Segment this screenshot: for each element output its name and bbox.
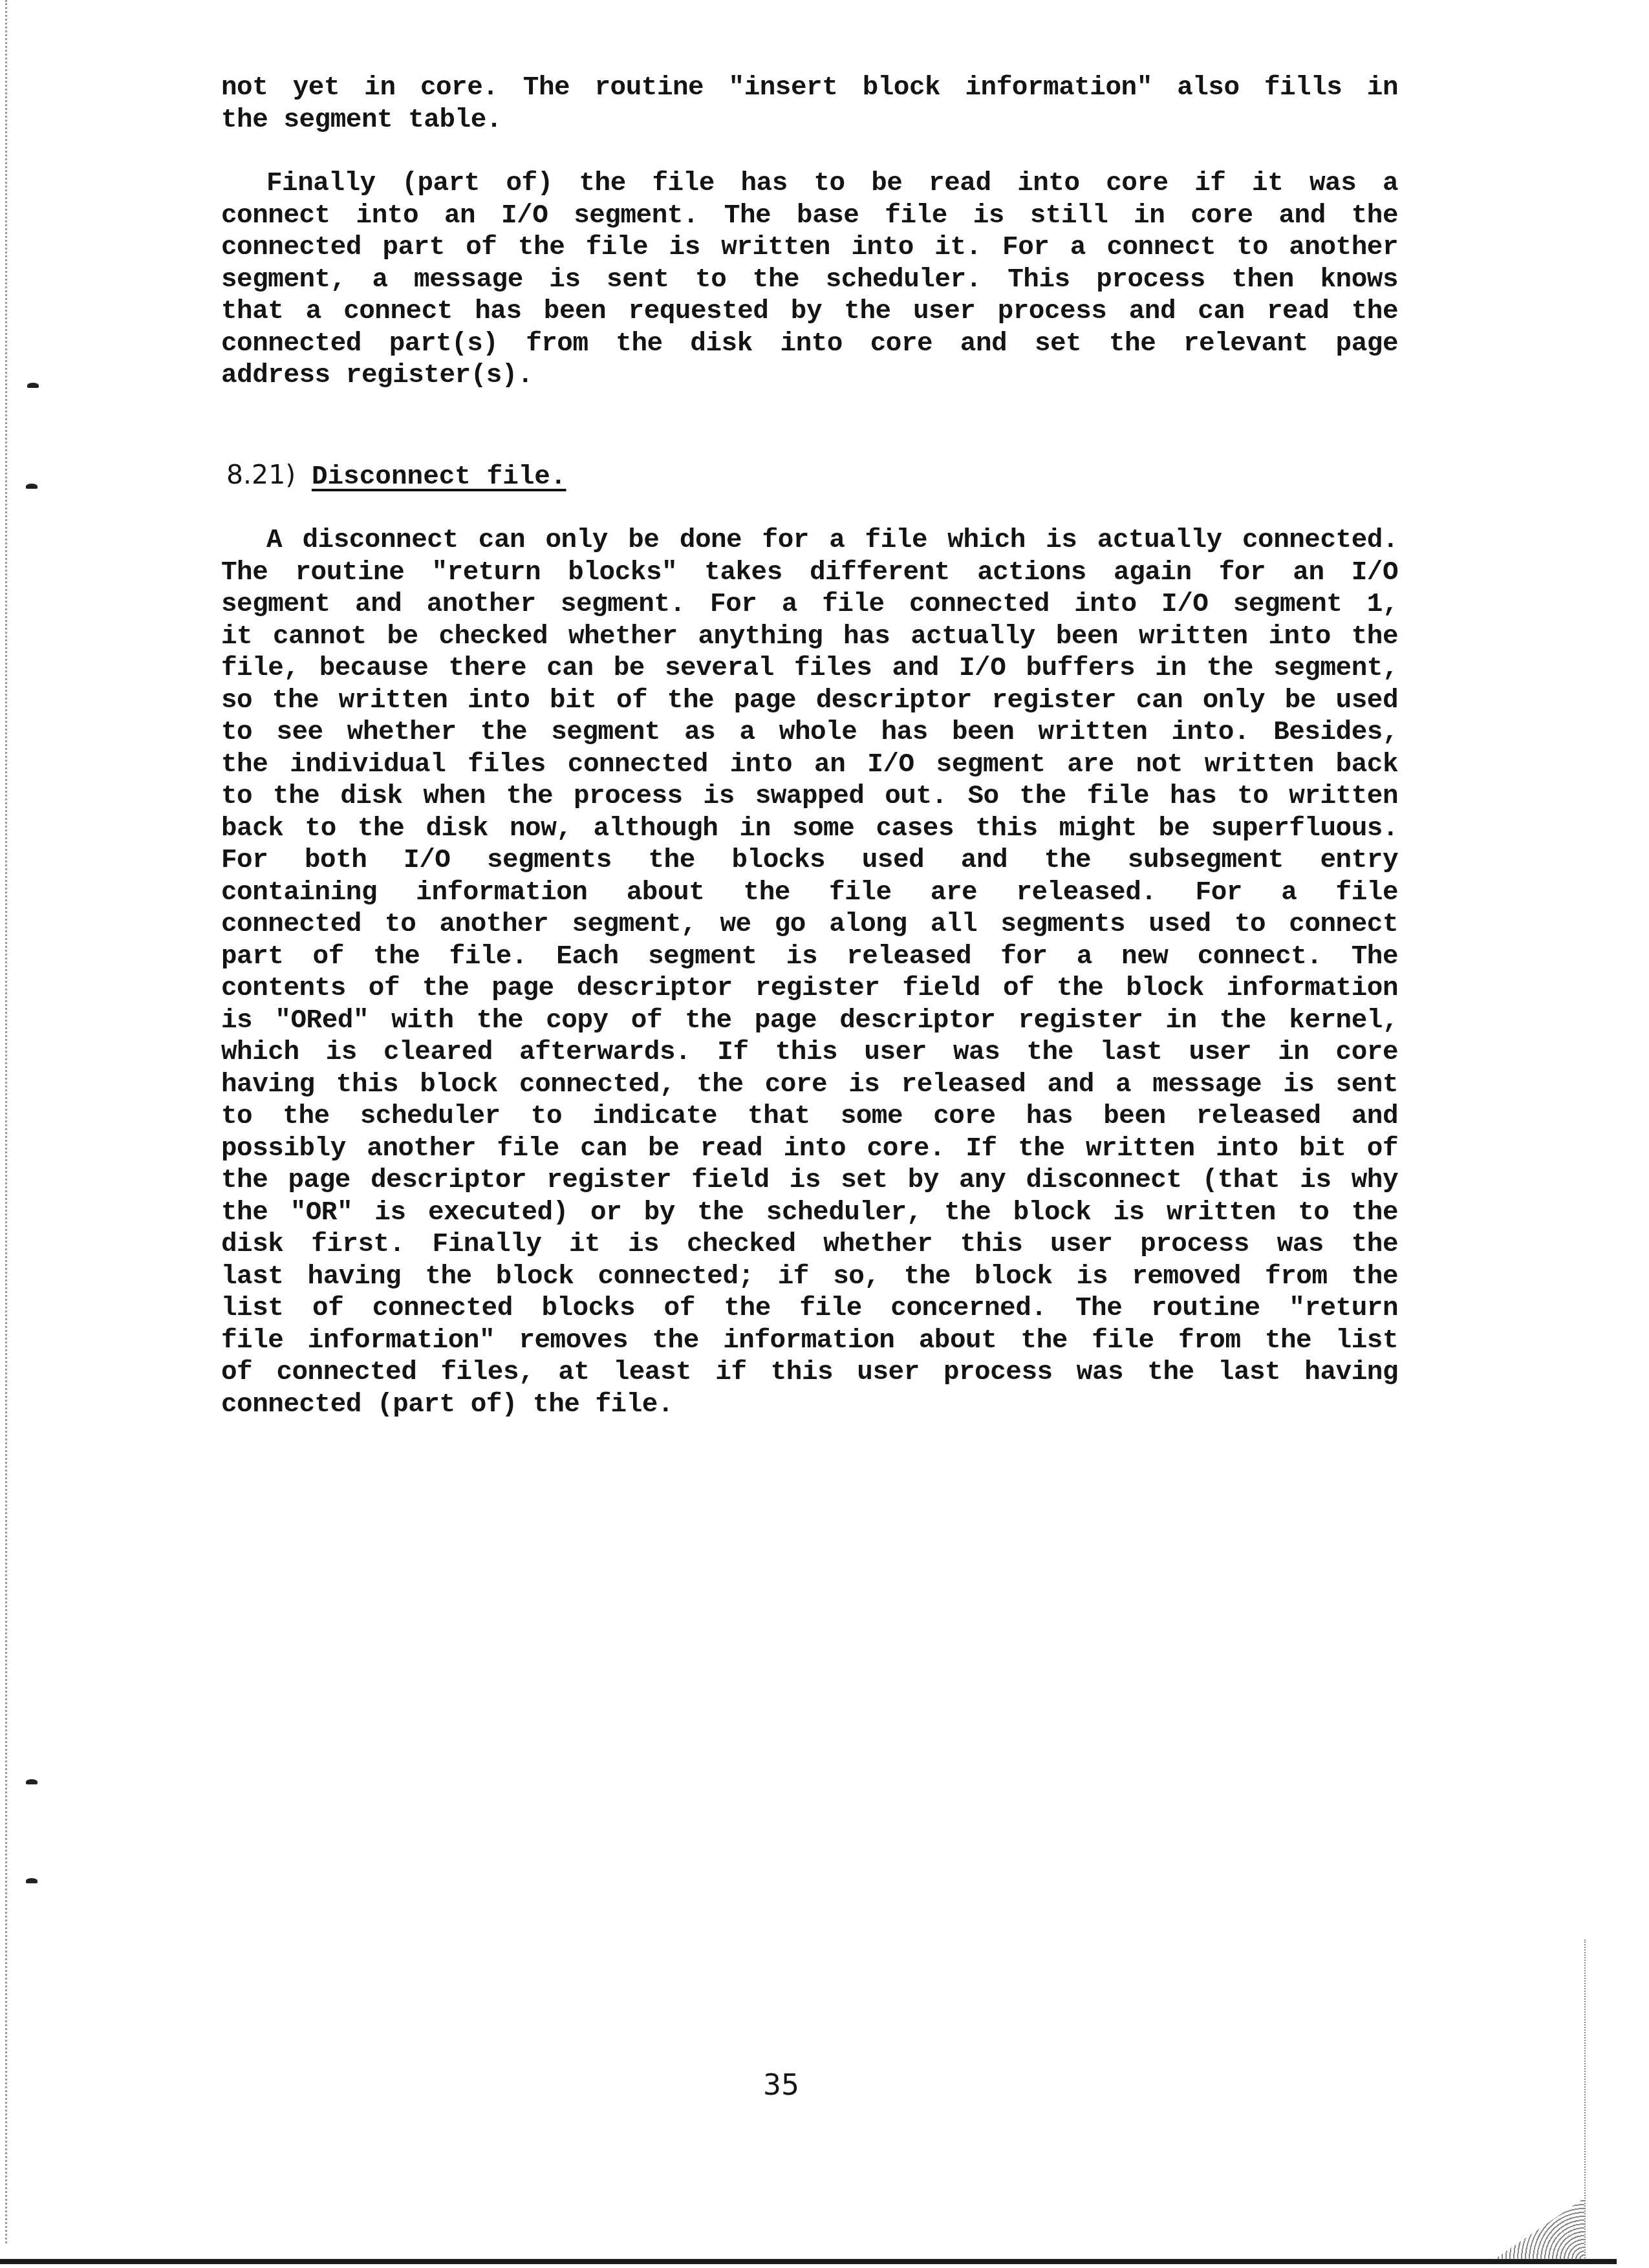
text-line: it cannot be checked whether anything ha… xyxy=(221,621,1398,654)
text-line: disk first. Finally it is checked whethe… xyxy=(221,1229,1398,1261)
text-line: not yet in core. The routine "insert blo… xyxy=(221,72,1398,105)
text-line: containing information about the file ar… xyxy=(221,877,1398,910)
text-line: segment, a message is sent to the schedu… xyxy=(221,264,1398,297)
text-line: segment and another segment. For a file … xyxy=(221,589,1398,621)
binder-hole-mark xyxy=(26,1779,38,1784)
text-line: file information" removes the informatio… xyxy=(221,1325,1398,1358)
text-line: the "OR" is executed) or by the schedule… xyxy=(221,1197,1398,1230)
text-line: connected (part of) the file. xyxy=(221,1389,1398,1422)
text-line: address register(s). xyxy=(221,360,1398,392)
text-line: part of the file. Each segment is releas… xyxy=(221,941,1398,974)
text-line: to the disk when the process is swapped … xyxy=(221,781,1398,813)
paragraph-connect-io: Finally (part of) the file has to be rea… xyxy=(221,168,1398,392)
paragraph-disconnect: A disconnect can only be done for a file… xyxy=(221,525,1398,1421)
document-page: not yet in core. The routine "insert blo… xyxy=(0,0,1649,2268)
text-line: The routine "return blocks" takes differ… xyxy=(221,557,1398,590)
text-line: A disconnect can only be done for a file… xyxy=(221,525,1398,557)
text-line: which is cleared afterwards. If this use… xyxy=(221,1037,1398,1069)
text-line: the page descriptor register field is se… xyxy=(221,1165,1398,1197)
text-line: the individual files connected into an I… xyxy=(221,749,1398,782)
text-line: the segment table. xyxy=(221,105,1398,137)
scan-edge-bottom xyxy=(0,2259,1617,2264)
text-line: list of connected blocks of the file con… xyxy=(221,1293,1398,1325)
binder-hole-mark xyxy=(26,1878,38,1883)
section-title: Disconnect file. xyxy=(312,462,566,492)
text-line: is "ORed" with the copy of the page desc… xyxy=(221,1005,1398,1038)
text-line: Finally (part of) the file has to be rea… xyxy=(221,168,1398,200)
section-heading: 8.21) Disconnect file. xyxy=(226,458,566,494)
text-line: possibly another file can be read into c… xyxy=(221,1133,1398,1166)
binder-hole-mark xyxy=(27,383,39,388)
text-line: last having the block connected; if so, … xyxy=(221,1261,1398,1294)
text-line: that a connect has been requested by the… xyxy=(221,296,1398,328)
scan-edge-right xyxy=(1584,1940,1586,2263)
text-line: file, because there can be several files… xyxy=(221,653,1398,685)
text-line: connected part of the file is written in… xyxy=(221,232,1398,264)
page-number: 35 xyxy=(763,2069,799,2102)
scan-edge-left xyxy=(5,0,7,2243)
text-line: to see whether the segment as a whole ha… xyxy=(221,717,1398,749)
binder-hole-mark xyxy=(26,484,38,489)
text-line: so the written into bit of the page desc… xyxy=(221,685,1398,718)
text-line: connected part(s) from the disk into cor… xyxy=(221,328,1398,361)
text-line: connected to another segment, we go alon… xyxy=(221,909,1398,941)
text-line: back to the disk now, although in some c… xyxy=(221,813,1398,846)
section-number: 8.21) xyxy=(226,459,296,490)
text-line: of connected files, at least if this use… xyxy=(221,1357,1398,1389)
text-line: having this block connected, the core is… xyxy=(221,1069,1398,1102)
text-line: connect into an I/O segment. The base fi… xyxy=(221,200,1398,233)
paragraph-continuation: not yet in core. The routine "insert blo… xyxy=(221,72,1398,136)
text-line: contents of the page descriptor register… xyxy=(221,973,1398,1005)
scan-corner-smudge xyxy=(1494,2198,1584,2260)
text-line: to the scheduler to indicate that some c… xyxy=(221,1101,1398,1133)
text-line: For both I/O segments the blocks used an… xyxy=(221,845,1398,877)
